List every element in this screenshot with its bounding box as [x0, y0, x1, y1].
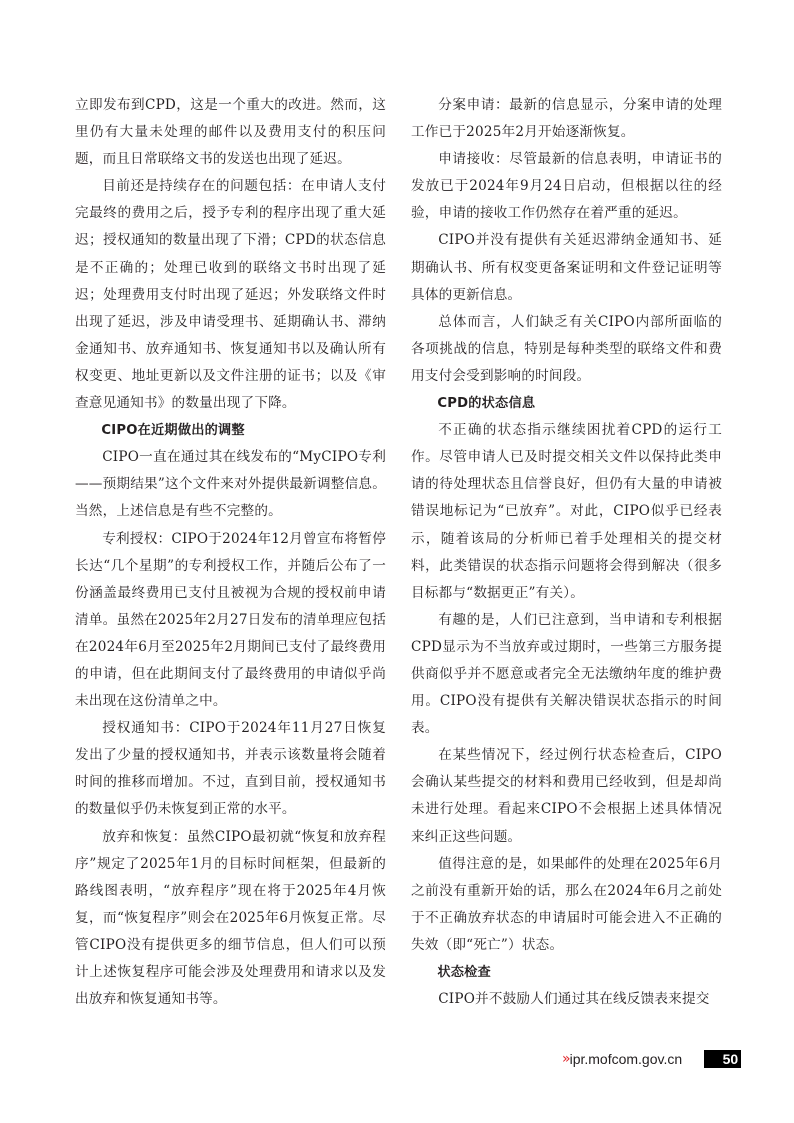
left-column: 立即发布到CPD，这是一个重大的改进。然而，这里仍有大量未处理的邮件以及费用支付… [75, 92, 386, 1013]
paragraph: 有趣的是，人们已注意到，当申请和专利根据CPD显示为不当放弃或过期时，一些第三方… [411, 607, 722, 742]
page-footer: » ipr.mofcom.gov.cn 50 [562, 1049, 741, 1069]
paragraph: CIPO并不鼓励人们通过其在线反馈表来提交 [411, 986, 722, 1013]
section-heading: 状态检查 [411, 959, 722, 986]
paragraph: CIPO一直在通过其在线发布的“MyCIPO专利——预期结果”这个文件来对外提供… [75, 444, 386, 525]
paragraph: 在某些情况下，经过例行状态检查后，CIPO会确认某些提交的材料和费用已经收到，但… [411, 742, 722, 850]
paragraph: 立即发布到CPD，这是一个重大的改进。然而，这里仍有大量未处理的邮件以及费用支付… [75, 92, 386, 173]
paragraph: 总体而言，人们缺乏有关CIPO内部所面临的各项挑战的信息，特别是每种类型的联络文… [411, 309, 722, 390]
double-chevron-icon: » [562, 1051, 568, 1067]
section-heading: CPD的状态信息 [411, 390, 722, 417]
paragraph: 目前还是持续存在的问题包括：在申请人支付完最终的费用之后，授予专利的程序出现了重… [75, 173, 386, 417]
paragraph: CIPO并没有提供有关延迟滞纳金通知书、延期确认书、所有权变更备案证明和文件登记… [411, 227, 722, 308]
site-url[interactable]: ipr.mofcom.gov.cn [570, 1051, 683, 1067]
paragraph: 不正确的状态指示继续困扰着CPD的运行工作。尽管申请人已及时提交相关文件以保持此… [411, 417, 722, 607]
paragraph: 分案申请：最新的信息显示，分案申请的处理工作已于2025年2月开始逐渐恢复。 [411, 92, 722, 146]
paragraph: 申请接收：尽管最新的信息表明，申请证书的发放已于2024年9月24日启动，但根据… [411, 146, 722, 227]
paragraph: 放弃和恢复：虽然CIPO最初就“恢复和放弃程序”规定了2025年1月的目标时间框… [75, 824, 386, 1014]
paragraph: 值得注意的是，如果邮件的处理在2025年6月之前没有重新开始的话，那么在2024… [411, 851, 722, 959]
right-column: 分案申请：最新的信息显示，分案申请的处理工作已于2025年2月开始逐渐恢复。 申… [411, 92, 722, 1013]
paragraph: 专利授权：CIPO于2024年12月曾宣布将暂停长达“几个星期”的专利授权工作，… [75, 526, 386, 716]
paragraph: 授权通知书：CIPO于2024年11月27日恢复发出了少量的授权通知书，并表示该… [75, 715, 386, 823]
page-number: 50 [704, 1050, 741, 1068]
section-heading: CIPO在近期做出的调整 [75, 417, 386, 444]
